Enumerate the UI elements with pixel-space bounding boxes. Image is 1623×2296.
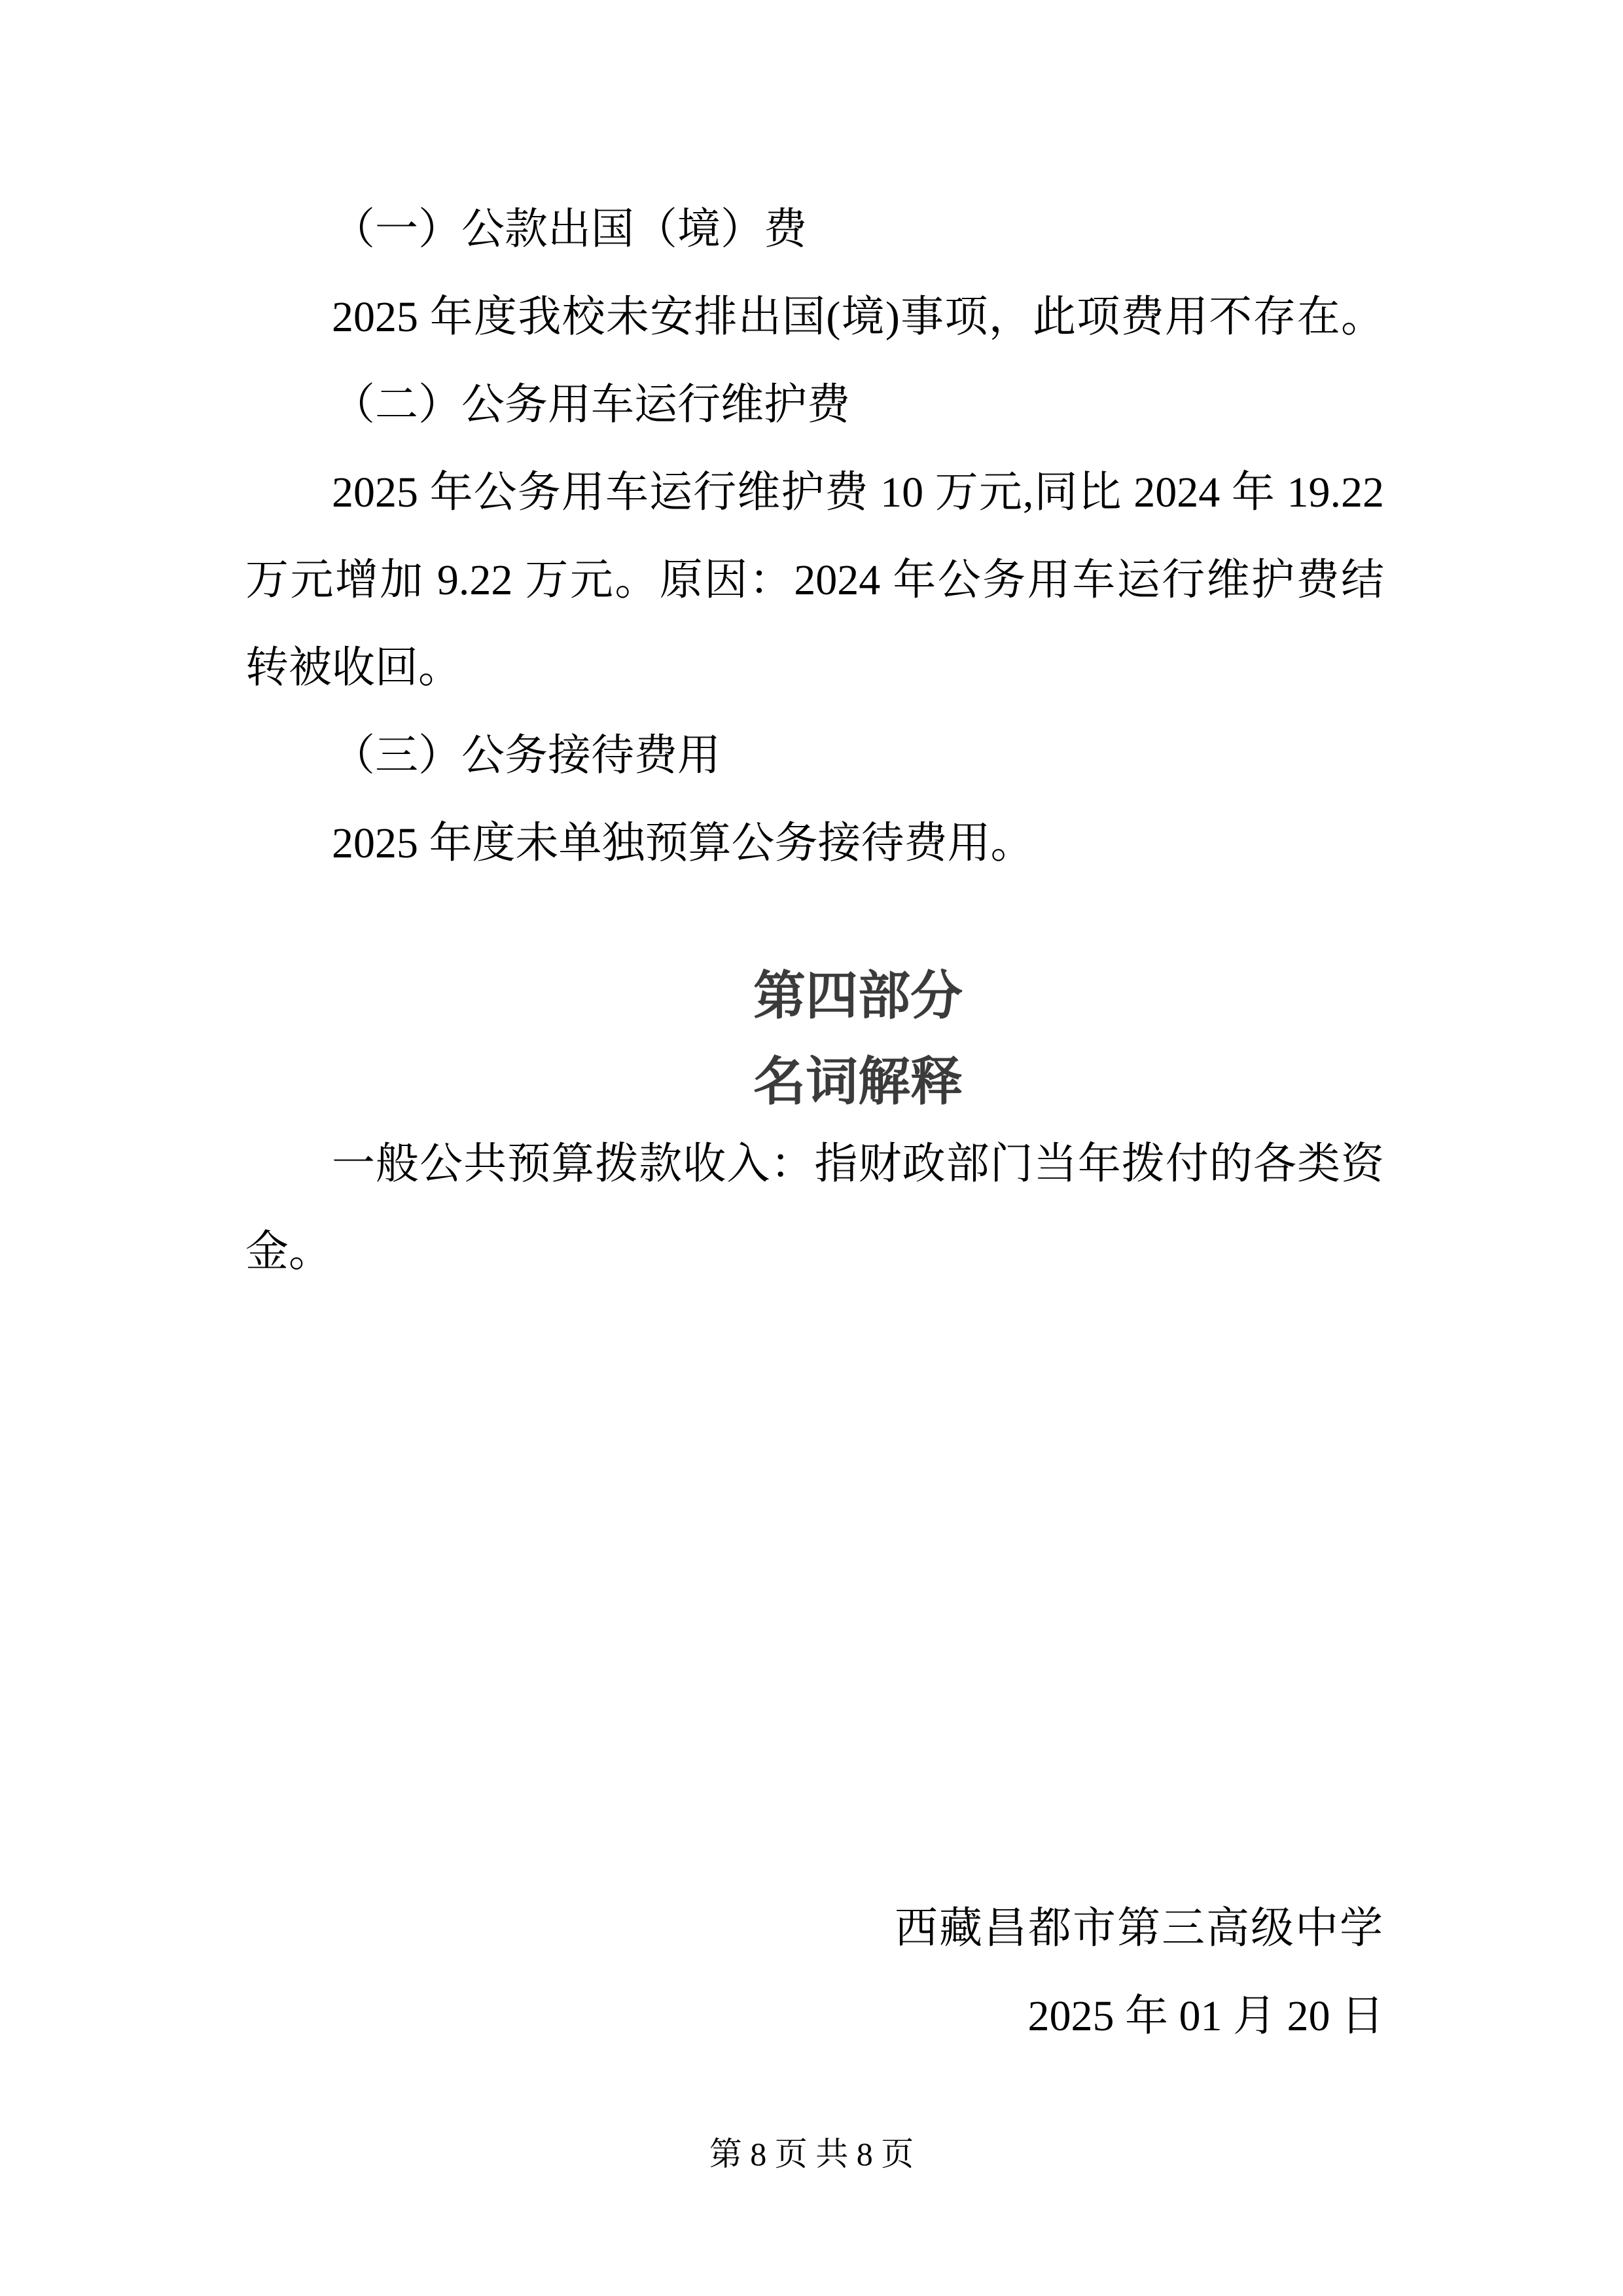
body-line: 转被收回。 xyxy=(245,624,1384,711)
body-line: 万元增加 9.22 万元。原因：2024 年公务用车运行维护费结 xyxy=(245,537,1384,624)
page-number-footer: 第 8 页 共 8 页 xyxy=(0,2132,1623,2176)
body-line: 2025 年度我校未安排出国(境)事项，此项费用不存在。 xyxy=(245,274,1384,361)
document-page: （一）公款出国（境）费 2025 年度我校未安排出国(境)事项，此项费用不存在。… xyxy=(0,0,1623,2296)
body-line-heading-3: （三）公务接待费用 xyxy=(245,712,1384,799)
part-heading-title: 第四部分 xyxy=(332,950,1384,1042)
body-line: 2025 年度未单独预算公务接待费用。 xyxy=(245,800,1384,887)
glossary-line: 金。 xyxy=(245,1208,1384,1295)
signature-date: 2025 年 01 月 20 日 xyxy=(245,1973,1384,2060)
glossary-line: 一般公共预算拨款收入：指财政部门当年拨付的各类资 xyxy=(245,1121,1384,1208)
signature-organization: 西藏昌都市第三高级中学 xyxy=(245,1885,1384,1972)
body-line-heading-1: （一）公款出国（境）费 xyxy=(245,186,1384,273)
body-line-heading-2: （二）公务用车运行维护费 xyxy=(245,361,1384,448)
part-heading-subtitle: 名词解释 xyxy=(332,1036,1384,1128)
body-line: 2025 年公务用车运行维护费 10 万元,同比 2024 年 19.22 xyxy=(245,449,1384,536)
